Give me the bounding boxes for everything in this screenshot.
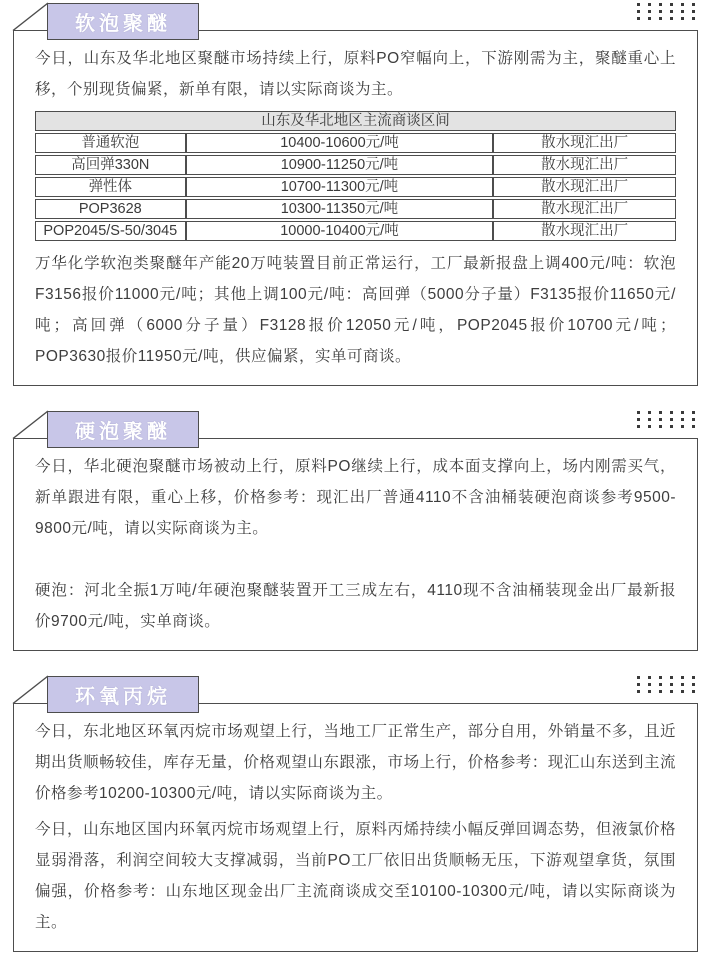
table-row: 高回弹330N 10900-11250元/吨 散水现汇出厂 xyxy=(35,155,676,175)
product-cell: 弹性体 xyxy=(35,177,186,197)
fold-corner-line-icon xyxy=(12,410,52,439)
terms-cell: 散水现汇出厂 xyxy=(493,221,676,241)
section-soft-foam-polyether: 软泡聚醚 今日，山东及华北地区聚醚市场持续上行，原料PO窄幅向上，下游刚需为主，… xyxy=(13,2,698,386)
section-box: 今日，山东及华北地区聚醚市场持续上行，原料PO窄幅向上，下游刚需为主，聚醚重心上… xyxy=(13,30,698,386)
price-cell: 10000-10400元/吨 xyxy=(186,221,494,241)
table-row: POP2045/S-50/3045 10000-10400元/吨 散水现汇出厂 xyxy=(35,221,676,241)
dots-decoration-icon xyxy=(637,411,695,428)
dots-decoration-icon xyxy=(637,676,695,693)
section-title: 软泡聚醚 xyxy=(75,7,171,36)
terms-cell: 散水现汇出厂 xyxy=(493,199,676,219)
section-rigid-foam-polyether: 硬泡聚醚 今日，华北硬泡聚醚市场被动上行，原料PO继续上行，成本面支撑向上，场内… xyxy=(13,410,698,651)
fold-corner-line-icon xyxy=(12,2,52,31)
fold-corner-line-icon xyxy=(12,675,52,704)
price-cell: 10300-11350元/吨 xyxy=(186,199,494,219)
section-title: 硬泡聚醚 xyxy=(75,415,171,444)
section-title-badge: 软泡聚醚 xyxy=(47,3,199,40)
product-cell: POP3628 xyxy=(35,199,186,219)
table-row: POP3628 10300-11350元/吨 散水现汇出厂 xyxy=(35,199,676,219)
section-box: 今日，华北硬泡聚醚市场被动上行，原料PO继续上行，成本面支撑向上，场内刚需买气，… xyxy=(13,438,698,651)
section-title-badge: 硬泡聚醚 xyxy=(47,411,199,448)
plant-paragraph: 硬泡：河北全振1万吨/年硬泡聚醚装置开工三成左右，4110现不含油桶装现金出厂最… xyxy=(35,575,676,637)
section-box: 今日，东北地区环氧丙烷市场观望上行，当地工厂正常生产，部分自用，外销量不多，且近… xyxy=(13,703,698,952)
table-row: 弹性体 10700-11300元/吨 散水现汇出厂 xyxy=(35,177,676,197)
northeast-market-paragraph: 今日，东北地区环氧丙烷市场观望上行，当地工厂正常生产，部分自用，外销量不多，且近… xyxy=(35,716,676,809)
factory-note-paragraph: 万华化学软泡类聚醚年产能20万吨装置目前正常运行，工厂最新报盘上调400元/吨：… xyxy=(35,248,676,372)
intro-paragraph: 今日，山东及华北地区聚醚市场持续上行，原料PO窄幅向上，下游刚需为主，聚醚重心上… xyxy=(35,43,676,105)
product-cell: 高回弹330N xyxy=(35,155,186,175)
table-title: 山东及华北地区主流商谈区间 xyxy=(35,111,676,131)
terms-cell: 散水现汇出厂 xyxy=(493,133,676,153)
price-table: 山东及华北地区主流商谈区间 普通软泡 10400-10600元/吨 散水现汇出厂… xyxy=(35,109,676,243)
table-row: 普通软泡 10400-10600元/吨 散水现汇出厂 xyxy=(35,133,676,153)
dots-decoration-icon xyxy=(637,3,695,20)
section-title-badge: 环氧丙烷 xyxy=(47,676,199,713)
price-cell: 10400-10600元/吨 xyxy=(186,133,494,153)
terms-cell: 散水现汇出厂 xyxy=(493,155,676,175)
price-cell: 10700-11300元/吨 xyxy=(186,177,494,197)
shandong-market-paragraph: 今日，山东地区国内环氧丙烷市场观望上行，原料丙烯持续小幅反弹回调态势，但液氯价格… xyxy=(35,814,676,938)
product-cell: 普通软泡 xyxy=(35,133,186,153)
section-title: 环氧丙烷 xyxy=(75,680,171,709)
section-propylene-oxide: 环氧丙烷 今日，东北地区环氧丙烷市场观望上行，当地工厂正常生产，部分自用，外销量… xyxy=(13,675,698,952)
market-paragraph: 今日，华北硬泡聚醚市场被动上行，原料PO继续上行，成本面支撑向上，场内刚需买气，… xyxy=(35,451,676,544)
table-header-row: 山东及华北地区主流商谈区间 xyxy=(35,111,676,131)
price-cell: 10900-11250元/吨 xyxy=(186,155,494,175)
product-cell: POP2045/S-50/3045 xyxy=(35,221,186,241)
terms-cell: 散水现汇出厂 xyxy=(493,177,676,197)
